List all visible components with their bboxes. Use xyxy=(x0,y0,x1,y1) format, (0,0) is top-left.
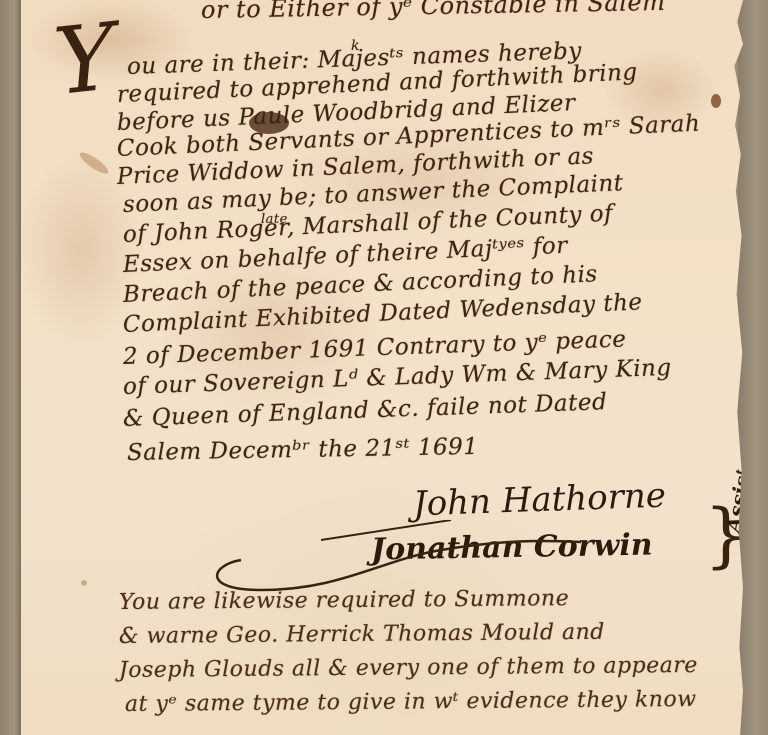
summons-line-4: at yᵉ same tyme to give in wᵗ evidence t… xyxy=(125,687,697,717)
manuscript-page: or to Either of yᵉ Constable in Salem Y … xyxy=(21,0,743,735)
address-line: or to Either of yᵉ Constable in Salem xyxy=(201,0,666,24)
ink-blot xyxy=(77,149,111,177)
signature-hathorne: John Hathorne xyxy=(412,476,666,525)
warrant-date-line: Salem Decemᵇʳ the 21ˢᵗ 1691 xyxy=(127,434,479,466)
summons-line-1: You are likewise required to Summone xyxy=(119,586,569,615)
mat-border-left xyxy=(0,0,21,735)
decorative-initial: Y xyxy=(50,11,120,109)
ink-blot xyxy=(81,580,87,586)
summons-line-3: Joseph Glouds all & every one of them to… xyxy=(119,653,698,683)
summons-line-2: & warne Geo. Herrick Thomas Mould and xyxy=(119,620,605,649)
ink-blot xyxy=(711,94,721,108)
mat-border-right xyxy=(738,0,768,735)
